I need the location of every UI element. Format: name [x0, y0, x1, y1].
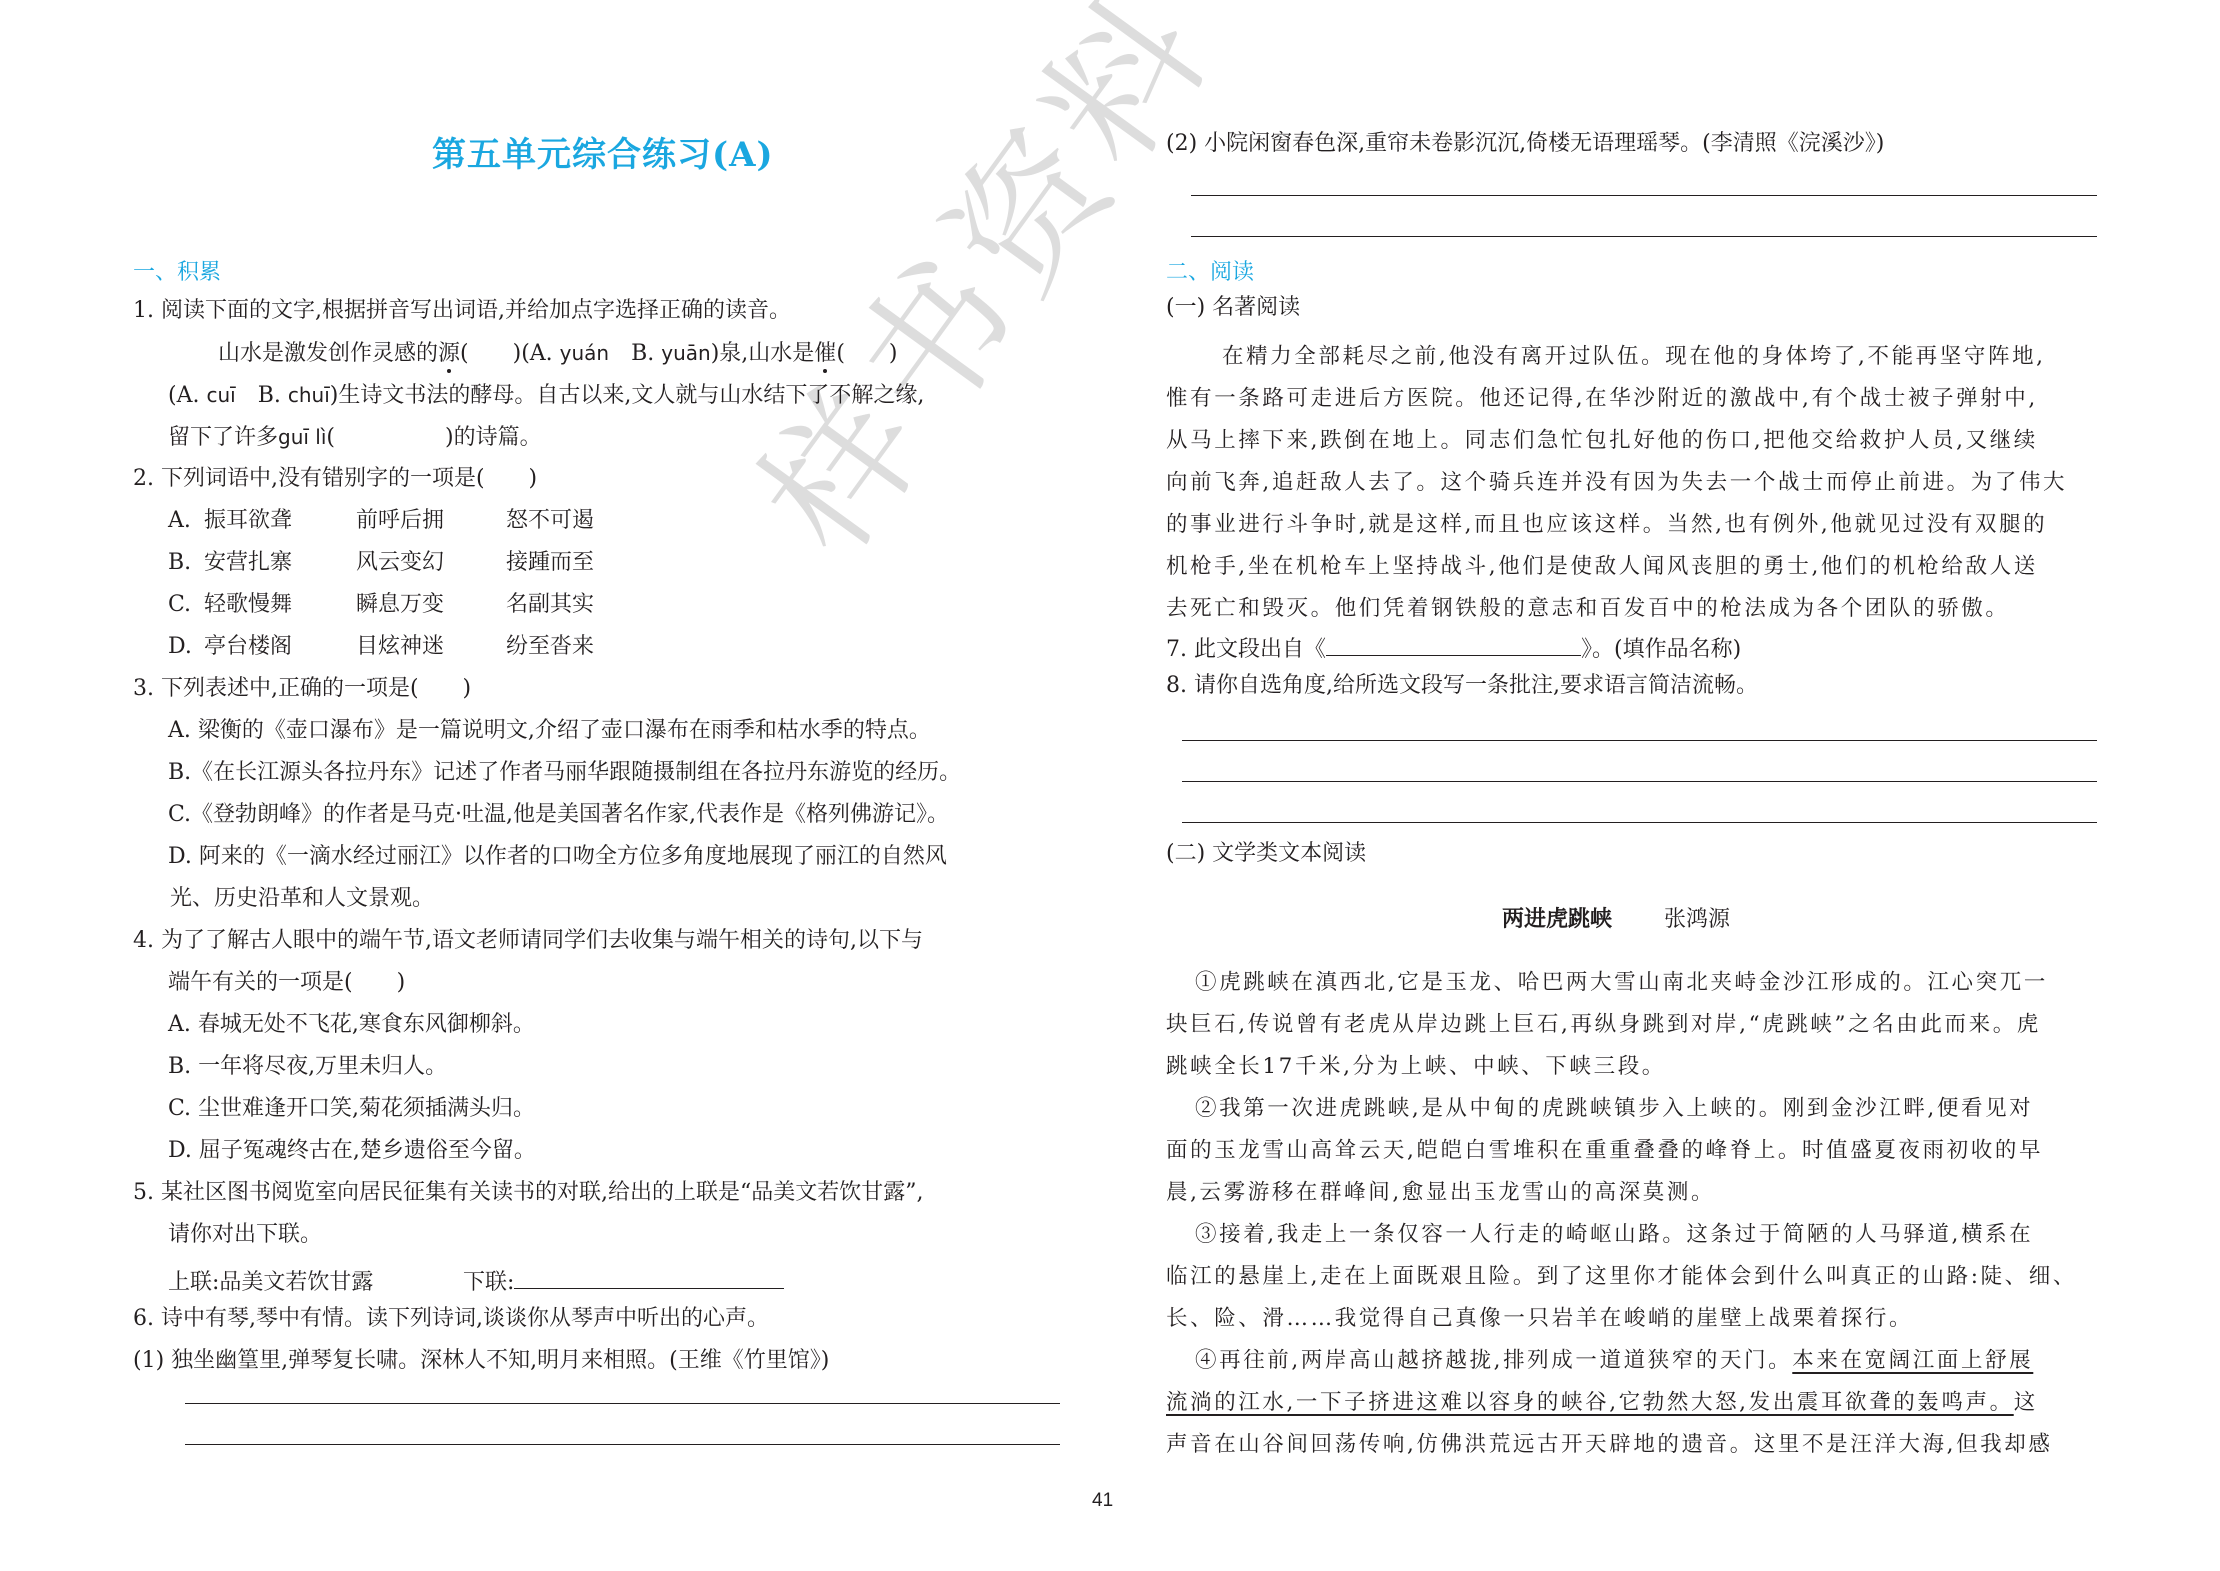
- answer-line-q6-1a[interactable]: [185, 1403, 1060, 1404]
- q1-text: )生诗文书法的酵母。自古以来,文人就与山水结下了不解之缘,: [330, 383, 925, 408]
- option-word: 亭台楼阁: [204, 636, 356, 658]
- option-word: 目炫神迷: [356, 636, 506, 658]
- classic-passage-line: 惟有一条路可走进后方医院。他还记得,在华沙附近的激战中,有个战士被子弹射中,: [1166, 381, 2038, 412]
- question-3-prompt: 3. 下列表述中,正确的一项是( ): [133, 678, 471, 700]
- pinyin-guili: guī lì: [278, 425, 326, 449]
- q3-option-d: D. 阿来的《一滴水经过丽江》以作者的口吻全方位多角度地展现了丽江的自然风: [168, 846, 947, 868]
- q3-option-c: C.《登勃朗峰》的作者是马克·吐温,他是美国著名作家,代表作是《格列佛游记》。: [168, 804, 949, 826]
- underlined-sentence: 流淌的江水,一下子挤进这难以容身的峡谷,它勃然大怒,发出震耳欲聋的轰鸣声。: [1166, 1390, 2014, 1415]
- answer-line-q8-b[interactable]: [1182, 781, 2097, 782]
- literary-passage-line: ②我第一次进虎跳峡,是从中甸的虎跳峡镇步入上峡的。刚到金沙江畔,便看见对: [1195, 1091, 2033, 1122]
- question-1-line-2: (A. cuī B. chuī)生诗文书法的酵母。自古以来,文人就与山水结下了不…: [168, 384, 924, 407]
- q6-poem-2: (2) 小院闲窗春色深,重帘未卷影沉沉,倚楼无语理瑶琴。(李清照《浣溪沙》): [1166, 133, 1884, 155]
- answer-line-q6-2a[interactable]: [1191, 195, 2097, 196]
- q7-text: 7. 此文段出自《: [1166, 637, 1326, 662]
- q4-option-a: A. 春城无处不飞花,寒食东风御柳斜。: [168, 1014, 535, 1036]
- q3-option-b: B.《在长江源头各拉丹东》记述了作者马丽华跟随摄制组在各拉丹东游览的经历。: [168, 762, 961, 784]
- answer-line-q8-a[interactable]: [1182, 740, 2097, 741]
- passage-author: 张鸿源: [1664, 907, 1730, 932]
- pinyin-option-a: yuán: [560, 341, 609, 365]
- literary-passage-line: 块巨石,传说曾有老虎从岸边跳上巨石,再纵身跳到对岸,“虎跳峡”之名由此而来。虎: [1166, 1007, 2041, 1038]
- question-8: 8. 请你自选角度,给所选文段写一条批注,要求语言简洁流畅。: [1166, 675, 1758, 697]
- pinyin-option-b: chuī: [288, 383, 330, 407]
- p4-text: ④再往前,两岸高山越挤越拢,排列成一道道狭窄的天门。: [1195, 1348, 1792, 1373]
- question-1-prompt: 1. 阅读下面的文字,根据拼音写出词语,并给加点字选择正确的读音。: [133, 300, 791, 322]
- pinyin-option-a: cuī: [206, 383, 235, 407]
- literary-passage-line: ④再往前,两岸高山越挤越拢,排列成一道道狭窄的天门。本来在宽阔江面上舒展: [1195, 1343, 2033, 1374]
- question-7: 7. 此文段出自《》。(填作品名称): [1166, 633, 1741, 661]
- literary-passage-line: 长、险、滑……我觉得自己真像一只岩羊在峻峭的崖壁上战栗着探行。: [1166, 1301, 1913, 1332]
- emphasis-char-yuan: 源: [438, 341, 460, 366]
- q7-text: 》。(填作品名称): [1581, 637, 1741, 662]
- option-label: A.: [168, 510, 204, 532]
- couplet-row: 上联:品美文若饮甘露下联:: [168, 1266, 784, 1294]
- passage-heading: 两进虎跳峡张鸿源: [1502, 902, 1730, 933]
- option-word: 瞬息万变: [356, 594, 506, 616]
- q4-option-b: B. 一年将尽夜,万里未归人。: [168, 1056, 447, 1078]
- literary-passage-line: 临江的悬崖上,走在上面既艰且险。到了这里你才能体会到什么叫真正的山路:陡、细、: [1166, 1259, 2077, 1290]
- classic-passage-line: 从马上摔下来,跌倒在地上。同志们急忙包扎好他的伤口,把他交给救护人员,又继续: [1166, 423, 2038, 454]
- q1-text: B.: [609, 341, 661, 366]
- option-word: 振耳欲聋: [204, 510, 356, 532]
- q4-option-c: C. 尘世难逢开口笑,菊花须插满头归。: [168, 1098, 535, 1120]
- question-5-prompt: 5. 某社区图书阅览室向居民征集有关读书的对联,给出的上联是“品美文若饮甘露”,: [133, 1182, 923, 1204]
- answer-line-q8-c[interactable]: [1182, 822, 2097, 823]
- page-number: 41: [1092, 1490, 1113, 1512]
- upper-couplet: 上联:品美文若饮甘露: [168, 1272, 463, 1294]
- answer-line-q6-2b[interactable]: [1191, 236, 2097, 237]
- option-label: C.: [168, 594, 204, 616]
- lower-couplet-label: 下联:: [463, 1270, 514, 1295]
- literary-passage-line: 晨,云雾游移在群峰间,愈显出玉龙雪山的高深莫测。: [1166, 1175, 1715, 1206]
- literary-passage-line: 跳峡全长17千米,分为上峡、中峡、下峡三段。: [1166, 1049, 1666, 1080]
- p4-text: 这: [2014, 1390, 2038, 1415]
- answer-line-q6-1b[interactable]: [185, 1444, 1060, 1445]
- literary-passage-line: ①虎跳峡在滇西北,它是玉龙、哈巴两大雪山南北夹峙金沙江形成的。江心突兀一: [1195, 965, 2048, 996]
- q1-text: ( ): [836, 341, 897, 366]
- literary-passage-line: 声音在山谷间回荡传响,仿佛洪荒远古开天辟地的遗音。这里不是汪洋大海,但我却感: [1166, 1427, 2052, 1458]
- classic-passage-line: 向前飞奔,追赶敌人去了。这个骑兵连并没有因为失去一个战士而停止前进。为了伟大: [1166, 465, 2067, 496]
- option-word: 接踵而至: [506, 550, 594, 575]
- literary-passage-line: ③接着,我走上一条仅容一人行走的崎岖山路。这条过于简陋的人马驿道,横系在: [1195, 1217, 2033, 1248]
- option-word: 名副其实: [506, 592, 594, 617]
- section-heading-accumulation: 一、积累: [133, 255, 221, 286]
- emphasis-char-cui: 催: [814, 341, 836, 366]
- q1-text: 留下了许多: [168, 425, 278, 450]
- question-4-prompt: 4. 为了了解古人眼中的端午节,语文老师请同学们去收集与端午相关的诗句,以下与: [133, 930, 923, 952]
- watermark: 样书资料 严禁外传: [700, 0, 1661, 587]
- classic-passage-line: 的事业进行斗争时,就是这样,而且也应该这样。当然,也有例外,他就见过没有双腿的: [1166, 507, 2047, 538]
- part-1-heading: (一) 名著阅读: [1166, 297, 1300, 319]
- question-6-prompt: 6. 诗中有琴,琴中有情。读下列诗词,谈谈你从琴声中听出的心声。: [133, 1308, 769, 1330]
- q1-text: B.: [236, 383, 288, 408]
- option-label: B.: [168, 552, 204, 574]
- q2-option-d: D.亭台楼阁目炫神迷纷至沓来: [168, 636, 594, 658]
- page-title: 第五单元综合练习(A): [432, 127, 774, 176]
- option-word: 安营扎寨: [204, 552, 356, 574]
- option-word: 怒不可遏: [506, 508, 594, 533]
- option-label: D.: [168, 636, 204, 658]
- literary-passage-line: 面的玉龙雪山高耸云天,皑皑白雪堆积在重重叠叠的峰脊上。时值盛夏夜雨初收的早: [1166, 1133, 2043, 1164]
- section-heading-reading: 二、阅读: [1166, 255, 1254, 286]
- q1-text: ( )(A.: [460, 341, 560, 366]
- lower-couplet-input[interactable]: [514, 1266, 784, 1289]
- q1-text: (A.: [168, 383, 206, 408]
- option-word: 纷至沓来: [506, 634, 594, 659]
- literary-passage-line: 流淌的江水,一下子挤进这难以容身的峡谷,它勃然大怒,发出震耳欲聋的轰鸣声。这: [1166, 1385, 2038, 1416]
- option-word: 前呼后拥: [356, 510, 506, 532]
- q2-option-c: C.轻歌慢舞瞬息万变名副其实: [168, 594, 594, 616]
- classic-passage-line: 机枪手,坐在机枪车上坚持战斗,他们是使敌人闻风丧胆的勇士,他们的机枪给敌人送: [1166, 549, 2038, 580]
- option-word: 风云变幻: [356, 552, 506, 574]
- passage-title: 两进虎跳峡: [1502, 907, 1612, 932]
- q1-text: )泉,山水是: [711, 341, 815, 366]
- q1-text: 山水是激发创作灵感的: [218, 341, 438, 366]
- question-1-line-3: 留下了许多guī lì( )的诗篇。: [168, 426, 542, 449]
- work-title-input[interactable]: [1326, 633, 1581, 656]
- classic-passage-line: 在精力全部耗尽之前,他没有离开过队伍。现在他的身体垮了,不能再坚守阵地,: [1222, 339, 2046, 370]
- question-2-prompt: 2. 下列词语中,没有错别字的一项是( ): [133, 468, 537, 490]
- part-2-heading: (二) 文学类文本阅读: [1166, 843, 1366, 865]
- question-4-prompt-cont: 端午有关的一项是( ): [168, 972, 405, 994]
- pinyin-option-b: yuān: [661, 341, 710, 365]
- underlined-sentence: 本来在宽阔江面上舒展: [1792, 1348, 2033, 1373]
- classic-passage-line: 去死亡和毁灭。他们凭着钢铁般的意志和百发百中的枪法成为各个团队的骄傲。: [1166, 591, 2010, 622]
- q3-option-d-cont: 光、历史沿革和人文景观。: [170, 888, 434, 910]
- q3-option-a: A. 梁衡的《壶口瀑布》是一篇说明文,介绍了壶口瀑布在雨季和枯水季的特点。: [168, 720, 931, 742]
- q1-text: ( )的诗篇。: [326, 425, 541, 450]
- option-word: 轻歌慢舞: [204, 594, 356, 616]
- question-5-prompt-cont: 请你对出下联。: [168, 1224, 322, 1246]
- q2-option-a: A.振耳欲聋前呼后拥怒不可遏: [168, 510, 594, 532]
- q4-option-d: D. 屈子冤魂终古在,楚乡遗俗至今留。: [168, 1140, 536, 1162]
- q2-option-b: B.安营扎寨风云变幻接踵而至: [168, 552, 594, 574]
- question-1-line-1: 山水是激发创作灵感的源( )(A. yuán B. yuān)泉,山水是催( ): [218, 342, 897, 365]
- q6-poem-1: (1) 独坐幽篁里,弹琴复长啸。深林人不知,明月来相照。(王维《竹里馆》): [133, 1350, 829, 1372]
